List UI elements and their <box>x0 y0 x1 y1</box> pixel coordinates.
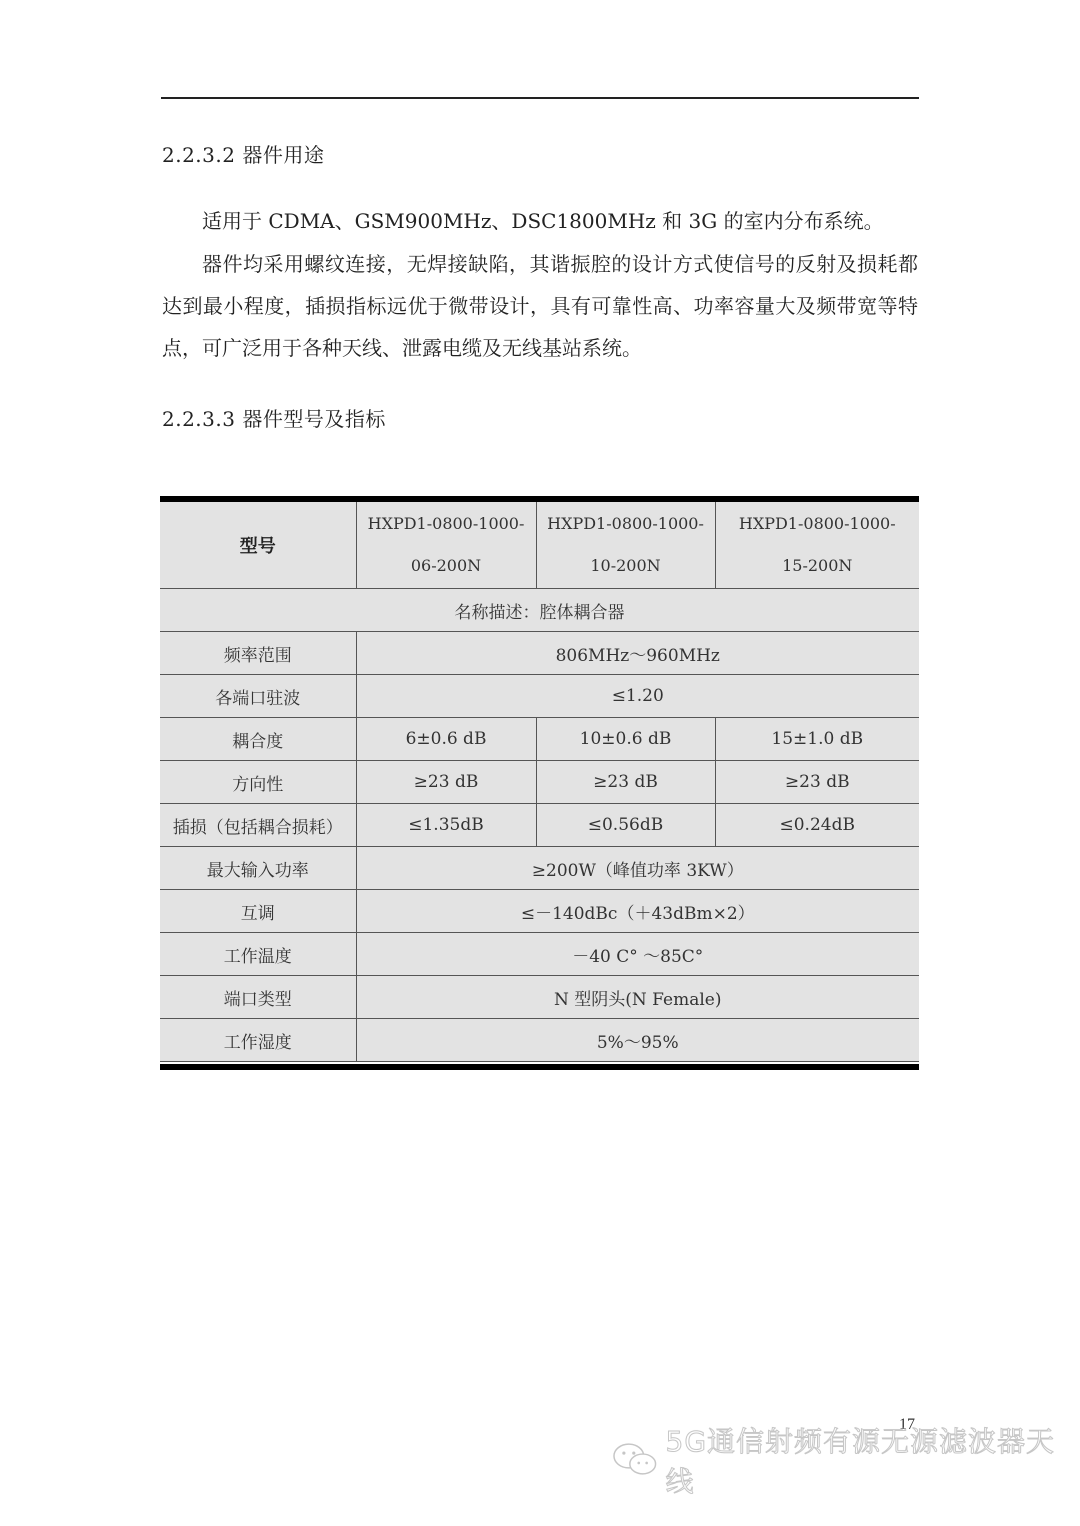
model-3-line1: HXPD1-0800-1000- <box>716 503 920 545</box>
section-heading-usage: 2.2.3.2 器件用途 <box>162 139 324 168</box>
row-value: 10±0.6 dB <box>536 718 715 761</box>
row-value: ≥23 dB <box>536 761 715 804</box>
header-rule <box>161 97 919 99</box>
row-value: ≥23 dB <box>356 761 536 804</box>
model-2-line1: HXPD1-0800-1000- <box>537 503 715 545</box>
row-value: ≥23 dB <box>715 761 919 804</box>
spec-table-container: 型号 HXPD1-0800-1000- 06-200N HXPD1-0800-1… <box>160 496 919 1070</box>
row-value: ≤1.20 <box>356 675 919 718</box>
model-header-label: 型号 <box>160 502 356 589</box>
section-heading-specs: 2.2.3.3 器件型号及指标 <box>162 403 386 432</box>
row-value: ≥200W（峰值功率 3KW） <box>356 847 919 890</box>
usage-paragraph-2: 器件均采用螺纹连接，无焊接缺陷，其谐振腔的设计方式使信号的反射及损耗都达到最小程… <box>162 243 918 369</box>
row-label: 工作湿度 <box>160 1019 356 1062</box>
table-row: 互调 ≤－140dBc（＋43dBm×2） <box>160 890 919 933</box>
row-value: 5%～95% <box>356 1019 919 1062</box>
row-value: ≤－140dBc（＋43dBm×2） <box>356 890 919 933</box>
table-row: 频率范围 806MHz～960MHz <box>160 632 919 675</box>
watermark-text: 5G通信射频有源无源滤波器天线 <box>666 1420 1080 1500</box>
model-cell-1: HXPD1-0800-1000- 06-200N <box>356 502 536 589</box>
row-value: 6±0.6 dB <box>356 718 536 761</box>
row-value: ≤1.35dB <box>356 804 536 847</box>
model-cell-3: HXPD1-0800-1000- 15-200N <box>715 502 919 589</box>
row-label: 耦合度 <box>160 718 356 761</box>
row-value: ≤0.56dB <box>536 804 715 847</box>
model-1-line1: HXPD1-0800-1000- <box>357 503 536 545</box>
table-bottom-border <box>160 1064 919 1070</box>
table-row: 各端口驻波 ≤1.20 <box>160 675 919 718</box>
usage-paragraph-1: 适用于 CDMA、GSM900MHz、DSC1800MHz 和 3G 的室内分布… <box>162 200 918 242</box>
row-label: 各端口驻波 <box>160 675 356 718</box>
row-value: 15±1.0 dB <box>715 718 919 761</box>
table-row: 端口类型 N 型阴头(N Female) <box>160 976 919 1019</box>
description-cell: 名称描述：腔体耦合器 <box>160 589 919 632</box>
row-label: 最大输入功率 <box>160 847 356 890</box>
row-label: 工作温度 <box>160 933 356 976</box>
wechat-icon <box>612 1442 660 1478</box>
table-header-row: 型号 HXPD1-0800-1000- 06-200N HXPD1-0800-1… <box>160 502 919 589</box>
watermark: 5G通信射频有源无源滤波器天线 <box>612 1420 1080 1500</box>
row-value: －40 C° ～85C° <box>356 933 919 976</box>
model-3-line2: 15-200N <box>716 545 920 587</box>
row-label: 插损（包括耦合损耗） <box>160 804 356 847</box>
table-row: 插损（包括耦合损耗） ≤1.35dB ≤0.56dB ≤0.24dB <box>160 804 919 847</box>
row-value: ≤0.24dB <box>715 804 919 847</box>
table-row: 方向性 ≥23 dB ≥23 dB ≥23 dB <box>160 761 919 804</box>
row-value: 806MHz～960MHz <box>356 632 919 675</box>
row-value: N 型阴头(N Female) <box>356 976 919 1019</box>
table-row: 工作温度 －40 C° ～85C° <box>160 933 919 976</box>
row-label: 方向性 <box>160 761 356 804</box>
description-row: 名称描述：腔体耦合器 <box>160 589 919 632</box>
row-label: 频率范围 <box>160 632 356 675</box>
spec-table: 型号 HXPD1-0800-1000- 06-200N HXPD1-0800-1… <box>160 502 919 1062</box>
row-label: 互调 <box>160 890 356 933</box>
row-label: 端口类型 <box>160 976 356 1019</box>
model-2-line2: 10-200N <box>537 545 715 587</box>
table-row: 工作湿度 5%～95% <box>160 1019 919 1062</box>
table-row: 最大输入功率 ≥200W（峰值功率 3KW） <box>160 847 919 890</box>
model-1-line2: 06-200N <box>357 545 536 587</box>
model-cell-2: HXPD1-0800-1000- 10-200N <box>536 502 715 589</box>
table-row: 耦合度 6±0.6 dB 10±0.6 dB 15±1.0 dB <box>160 718 919 761</box>
